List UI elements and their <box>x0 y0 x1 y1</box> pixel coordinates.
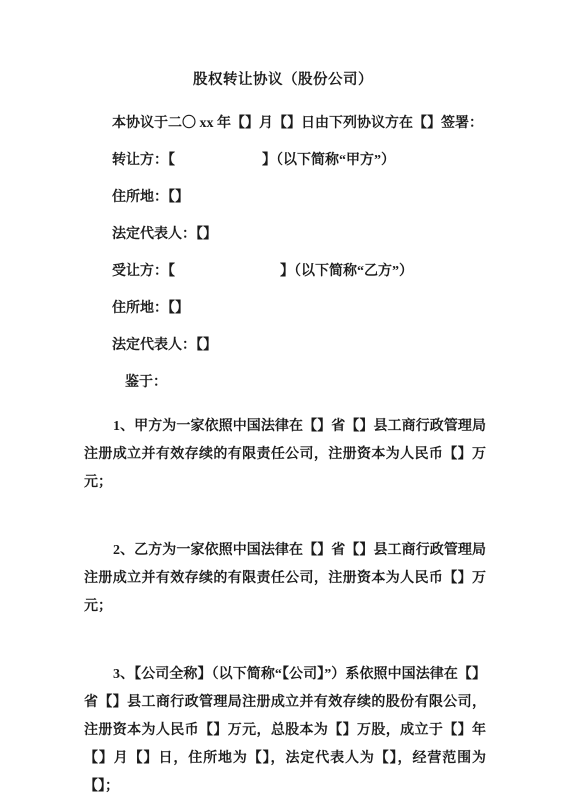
party-b-name-blank <box>175 274 280 275</box>
party-b-address-line: 住所地：【】 <box>112 299 486 319</box>
party-b-row: 受让方：【】（以下简称“乙方”） <box>112 262 486 282</box>
document-title: 股权转让协议（股份公司） <box>0 70 566 90</box>
party-b-alias-label: 】（以下简称“乙方”） <box>280 264 413 279</box>
party-a-role-label: 转让方：【 <box>112 153 175 168</box>
party-a-alias-label: 】（以下简称“甲方”） <box>262 153 395 168</box>
party-a-row: 转让方：【】（以下简称“甲方”） <box>112 151 486 171</box>
party-a-address-line: 住所地：【】 <box>112 188 486 208</box>
party-b-legal-rep-line: 法定代表人：【】 <box>112 336 486 356</box>
party-a-name-blank <box>175 163 262 164</box>
whereas-heading: 鉴于： <box>125 373 486 393</box>
recital-paragraph-3: 3、【公司全称】（以下简称“【公司】”）系依照中国法律在【】省【】县工商行政管理… <box>84 661 486 800</box>
party-a-legal-rep-line: 法定代表人：【】 <box>112 225 486 245</box>
document-body: 本协议于二〇 xx 年【】月【】日由下列协议方在【】签署： 转让方：【】（以下简… <box>0 114 566 800</box>
document-page: 股权转让协议（股份公司） 本协议于二〇 xx 年【】月【】日由下列协议方在【】签… <box>0 0 566 800</box>
recital-paragraph-1: 1、甲方为一家依照中国法律在【】省【】县工商行政管理局注册成立并有效存续的有限责… <box>84 413 486 497</box>
party-b-role-label: 受让方：【 <box>112 264 175 279</box>
agreement-intro-line: 本协议于二〇 xx 年【】月【】日由下列协议方在【】签署： <box>112 114 486 134</box>
recital-paragraph-2: 2、乙方为一家依照中国法律在【】省【】县工商行政管理局注册成立并有效存续的有限责… <box>84 537 486 621</box>
